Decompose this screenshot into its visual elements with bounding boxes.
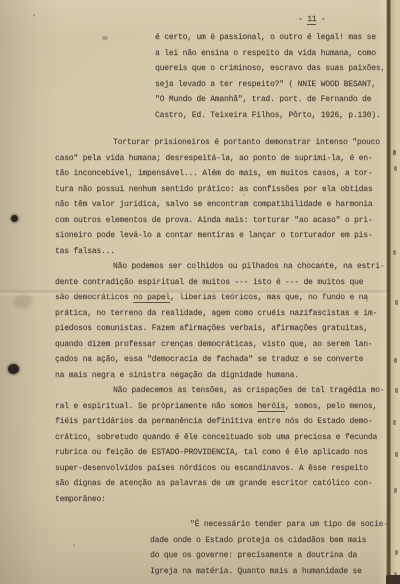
text-segment: quando dizem professar crenças democráti… (55, 340, 372, 349)
text-line: caso" pela vida humana; desrespeitá-la, … (55, 151, 390, 167)
text-segment: crático, sobretudo quando é êle conceitu… (55, 433, 377, 442)
text-segment: tas falsas... (55, 247, 115, 256)
text-segment: "É necessário tender para um tipo de soc… (190, 520, 388, 529)
text-line: tas falsas... (55, 244, 390, 260)
text-segment: - (316, 15, 325, 24)
text-line: Não padecemos as tensões, as crispações … (55, 383, 390, 399)
text-segment: piedosos comunistas. Fazem afirmações ve… (55, 324, 368, 333)
text-segment: dade onde o Estado proteja os cidadãos b… (150, 536, 366, 545)
text-segment: seja levado a ter respeito?" ( NNIE WOOD… (155, 80, 376, 89)
underlined-text-segment: heróis (257, 402, 285, 412)
page-edge-highlight (378, 0, 386, 584)
text-line: seja levado a ter respeito?" ( NNIE WOOD… (155, 77, 390, 93)
text-line: sioneiro pode levá-lo a contar mentiras … (55, 228, 390, 244)
text-segment: super-desenvolvidos países nórdicos ou e… (55, 464, 368, 473)
text-line: é certo, um é passional, o outro é legal… (155, 30, 390, 46)
text-line: temporâneo: (55, 492, 390, 508)
scanned-page: - 11 - é certo, um é passional, o outro … (0, 0, 400, 584)
text-segment: , somos, pelo menos, (285, 402, 377, 411)
text-line: Castro, Ed. Teixeira Filhos, Pôrto, 1926… (155, 108, 390, 124)
text-segment: na mais negra e sinistra negação da dign… (55, 371, 299, 380)
text-line: Torturar prisioneiros é portanto demonst… (55, 135, 390, 151)
text-segment: temporâneo: (55, 495, 106, 504)
text-line: fiéis partidários da permanência definit… (55, 414, 390, 430)
text-line: do que os governe: precisamente a doutri… (150, 548, 390, 564)
text-line: piedosos comunistas. Fazem afirmações ve… (55, 321, 390, 337)
quote-catholic-writer: "É necessário tender para um tipo de soc… (150, 517, 390, 579)
text-line: com outros elementos de prova. Ainda mai… (55, 213, 390, 229)
ink-blot-large (8, 364, 19, 374)
text-line: na mais negra e sinistra negação da dign… (55, 368, 390, 384)
text-segment: é certo, um é passional, o outro é legal… (155, 33, 376, 42)
text-segment: tura não possui nenhum sentido prático: … (55, 185, 372, 194)
text-segment: quereis que o criminoso, escravo das sua… (155, 64, 385, 73)
text-segment: tão inconcebível, impensável... Além do … (55, 169, 372, 178)
text-line: prática, no terreno da realidade, agem c… (55, 306, 390, 322)
smudge-mark (102, 36, 108, 40)
text-segment: Castro, Ed. Teixeira Filhos, Pôrto, 1926… (155, 111, 380, 120)
text-line: rubrica ou feição de ESTADO-PROVIDENCIA,… (55, 445, 390, 461)
quote-annie-besant: é certo, um é passional, o outro é legal… (155, 30, 390, 123)
text-line: dente contradição espiritual de muitos -… (55, 275, 390, 291)
text-column: é certo, um é passional, o outro é legal… (0, 30, 390, 579)
text-line: ral e espiritual. Se pròpriamente não so… (55, 399, 390, 415)
text-segment: "O Mundo de Amanhã", trad. port. de Fern… (155, 95, 371, 104)
text-line: tura não possui nenhum sentido prático: … (55, 182, 390, 198)
text-line: quereis que o criminoso, escravo das sua… (155, 61, 390, 77)
text-segment: Igreja na matéria. Quanto mais a humanid… (150, 567, 362, 576)
text-segment: com outros elementos de prova. Ainda mai… (55, 216, 372, 225)
text-line: não têm valor jurídica, salvo se encontr… (55, 197, 390, 213)
text-line: çados na ação, essa "democracia de facha… (55, 352, 390, 368)
paragraph-torture: Torturar prisioneiros é portanto demonst… (55, 135, 390, 259)
text-segment: sioneiro pode levá-lo a contar mentiras … (55, 231, 372, 240)
text-segment: caso" pela vida humana; desrespeitá-la, … (55, 154, 372, 163)
text-segment: çados na ação, essa "democracia de facha… (55, 355, 363, 364)
text-segment: prática, no terreno da realidade, agem c… (55, 309, 377, 318)
text-line: quando dizem professar crenças democráti… (55, 337, 390, 353)
text-segment: não têm valor jurídica, salvo se encontr… (55, 200, 372, 209)
text-line: Igreja na matéria. Quanto mais a humanid… (150, 564, 390, 580)
text-segment: rubrica ou feição de ESTADO-PROVIDENCIA,… (55, 448, 368, 457)
text-line: são dignas de atenção as palavras de um … (55, 476, 390, 492)
adjacent-page-text-fragments (393, 150, 396, 155)
text-line: "É necessário tender para um tipo de soc… (150, 517, 390, 533)
fold-crease (0, 289, 391, 296)
text-segment: Não padecemos as tensões, as crispações … (113, 386, 384, 395)
text-segment: Não podemos ser colhidos ou pilhados na … (113, 262, 384, 271)
paper-specks (33, 14, 35, 16)
text-segment: do que os governe: precisamente a doutri… (150, 551, 357, 560)
text-segment: a lei não ensina o respeito da vida huma… (155, 49, 376, 58)
text-segment: - (298, 15, 307, 24)
text-line: crático, sobretudo quando é êle conceitu… (55, 430, 390, 446)
text-line: "O Mundo de Amanhã", trad. port. de Fern… (155, 92, 390, 108)
bottom-corner-shadow (386, 575, 400, 584)
page-number: - 11 - (298, 15, 326, 24)
paragraph-estado-providencia: Não padecemos as tensões, as crispações … (55, 383, 390, 507)
paragraph-contradiction: Não podemos ser colhidos ou pilhados na … (55, 259, 390, 383)
text-segment: ral e espiritual. Se pròpriamente não so… (55, 402, 257, 411)
text-segment: fiéis partidários da permanência definit… (55, 417, 372, 426)
text-segment: Torturar prisioneiros é portanto demonst… (113, 138, 380, 147)
ink-blot-small (11, 215, 18, 222)
adjacent-page-sliver (391, 0, 400, 584)
text-line: a lei não ensina o respeito da vida huma… (155, 46, 390, 62)
text-line: super-desenvolvidos países nórdicos ou e… (55, 461, 390, 477)
text-line: Não podemos ser colhidos ou pilhados na … (55, 259, 390, 275)
text-segment: dente contradição espiritual de muitos -… (55, 278, 363, 287)
text-segment: são dignas de atenção as palavras de um … (55, 479, 372, 488)
text-line: dade onde o Estado proteja os cidadãos b… (150, 533, 390, 549)
text-line: tão inconcebível, impensável... Além do … (55, 166, 390, 182)
